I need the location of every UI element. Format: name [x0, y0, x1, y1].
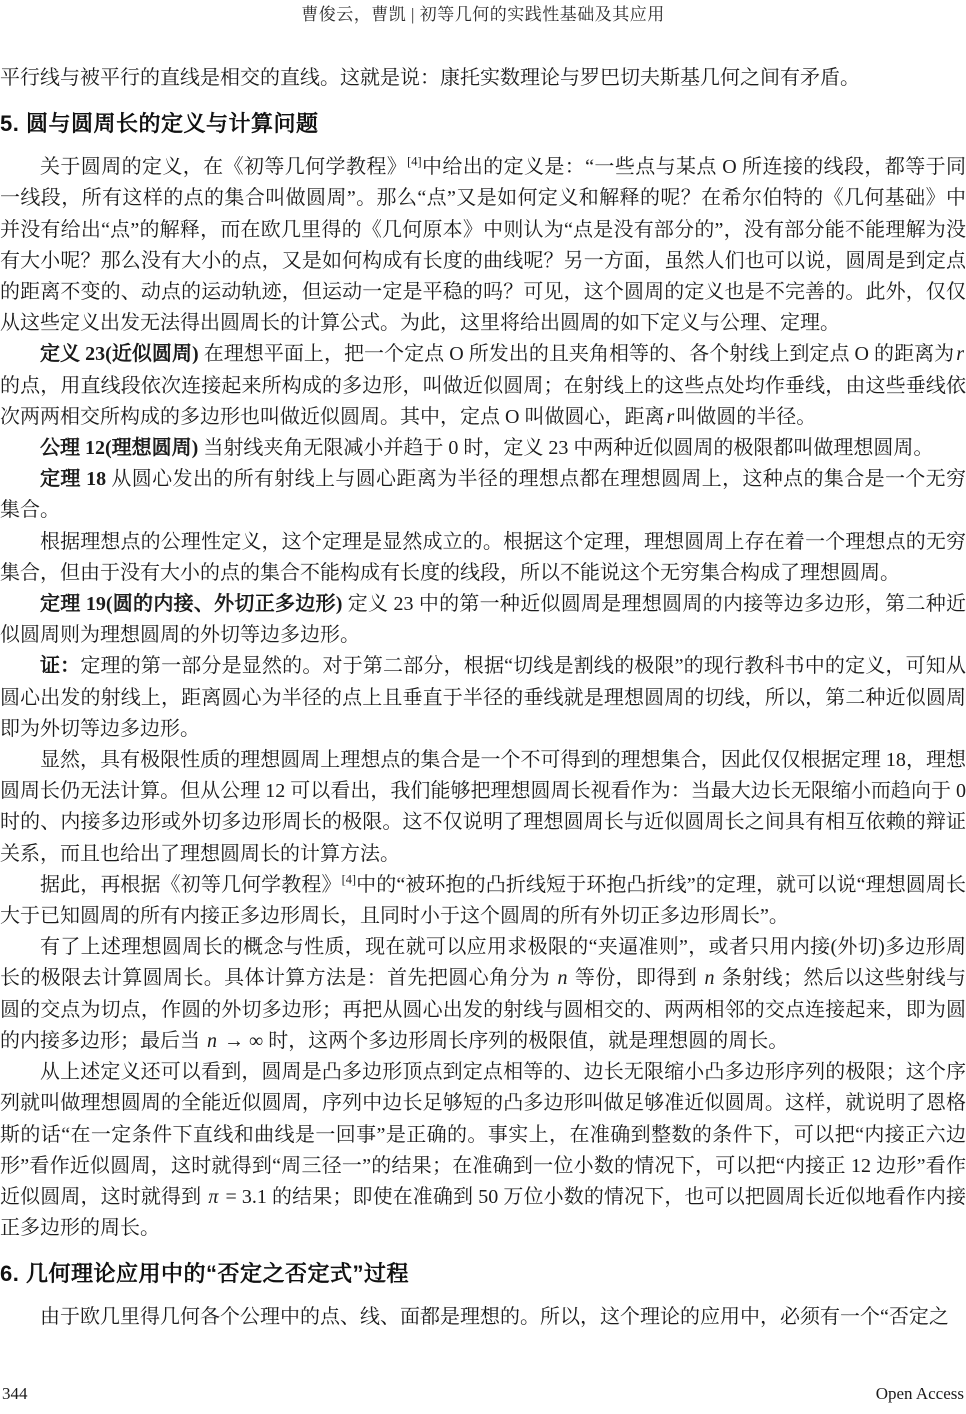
paper-page: 曹俊云，曹凯 | 初等几何的实践性基础及其应用 平行线与被平行的直线是相交的直线… [0, 0, 966, 1414]
section-6-heading: 6. 几何理论应用中的“否定之否定式”过程 [0, 1259, 966, 1289]
open-access-label: Open Access [876, 1384, 964, 1404]
page-number: 344 [2, 1384, 28, 1404]
paragraph-proof: 证：定理的第一部分是显然的。对于第二部分，根据“切线是割线的极限”的现行教科书中… [0, 651, 966, 745]
page-footer: 344 Open Access [0, 1384, 966, 1404]
paragraph: 根据理想点的公理性定义，这个定理是显然成立的。根据这个定理，理想圆周上存在着一个… [0, 527, 966, 589]
paragraph-definition-23: 定义 23(近似圆周) 在理想平面上，把一个定点 O 所发出的且夹角相等的、各个… [0, 339, 966, 433]
paragraph-axiom-12: 公理 12(理想圆周) 当射线夹角无限减小并趋于 0 时，定义 23 中两种近似… [0, 433, 966, 464]
paragraph: 关于圆周的定义，在《初等几何学教程》[4]中给出的定义是：“一些点与某点 O 所… [0, 152, 966, 339]
paragraph-theorem-18: 定理 18 从圆心发出的所有射线上与圆心距离为半径的理想点都在理想圆周上，这种点… [0, 464, 966, 526]
paragraph: 从上述定义还可以看到，圆周是凸多边形顶点到定点相等的、边长无限缩小凸多边形序列的… [0, 1057, 966, 1244]
paragraph: 由于欧几里得几何各个公理中的点、线、面都是理想的。所以，这个理论的应用中，必须有… [0, 1302, 966, 1333]
section-5-heading: 5. 圆与圆周长的定义与计算问题 [0, 109, 966, 139]
paragraph: 显然，具有极限性质的理想圆周上理想点的集合是一个不可得到的理想集合，因此仅仅根据… [0, 745, 966, 870]
article-body: 平行线与被平行的直线是相交的直线。这就是说：康托实数理论与罗巴切夫斯基几何之间有… [0, 63, 966, 1334]
paragraph: 平行线与被平行的直线是相交的直线。这就是说：康托实数理论与罗巴切夫斯基几何之间有… [0, 63, 966, 94]
running-header: 曹俊云，曹凯 | 初等几何的实践性基础及其应用 [0, 0, 966, 25]
paragraph-theorem-19: 定理 19(圆的内接、外切正多边形) 定义 23 中的第一种近似圆周是理想圆周的… [0, 589, 966, 651]
paragraph: 据此，再根据《初等几何学教程》[4]中的“被环抱的凸折线短于环抱凸折线”的定理，… [0, 870, 966, 932]
paragraph: 有了上述理想圆周长的概念与性质，现在就可以应用求极限的“夹逼准则”，或者只用内接… [0, 932, 966, 1057]
